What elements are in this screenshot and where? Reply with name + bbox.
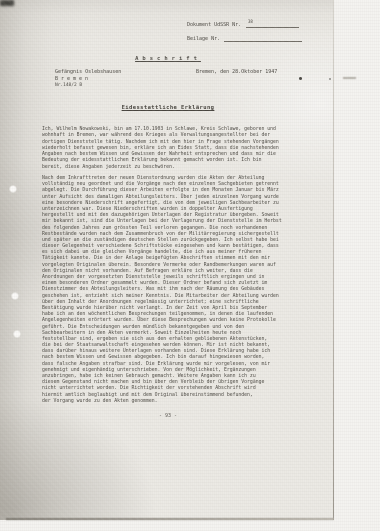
ink-speck [299, 77, 302, 80]
text-line: der Vorgang wurde zu den Akten genommen. [42, 399, 294, 405]
page-number: - 93 - [42, 413, 294, 419]
body-paragraph-1: Ich, Wilhelm Nowakowski, bin am 17.10.19… [42, 127, 294, 171]
text-line: bereit, diese Angaben jederzeit zu besch… [42, 165, 294, 171]
page-bottom-edge [6, 518, 334, 520]
scanner-background-bottom [0, 521, 334, 531]
stamp-line1-label: Dokument UdSSR Nr. [187, 22, 241, 28]
punch-hole-spot [9, 185, 17, 193]
stamp-line1-blank [246, 27, 299, 28]
heading-abschrift: Abschrift [42, 56, 294, 62]
sender-line1: Gefängnis Oslebshausen [55, 69, 121, 75]
corner-smudge [0, 0, 14, 6]
body-paragraph-2: Nach dem Inkrafttreten der neuen Diensto… [42, 176, 294, 405]
scratch-mark [343, 77, 356, 79]
sender-line2: Bremen [55, 76, 91, 82]
sender-reference: Nr.148/2 B [55, 83, 82, 89]
stamp-line2-label: Beilage Nr. [187, 36, 220, 42]
scanner-background-right [334, 0, 380, 531]
document-title: Eidesstattliche Erklärung [42, 105, 294, 111]
ink-speck [329, 78, 331, 80]
punch-hole-spot [13, 330, 21, 338]
stamp-line2-blank [224, 41, 302, 42]
stamp-line1-value: 38 [248, 19, 253, 24]
dateline: Bremen, den 28.Oktober 1947 [196, 69, 277, 75]
scanned-document-image: Dokument UdSSR Nr. 38 Beilage Nr. Abschr… [0, 0, 380, 531]
punch-hole-spot [11, 292, 19, 300]
